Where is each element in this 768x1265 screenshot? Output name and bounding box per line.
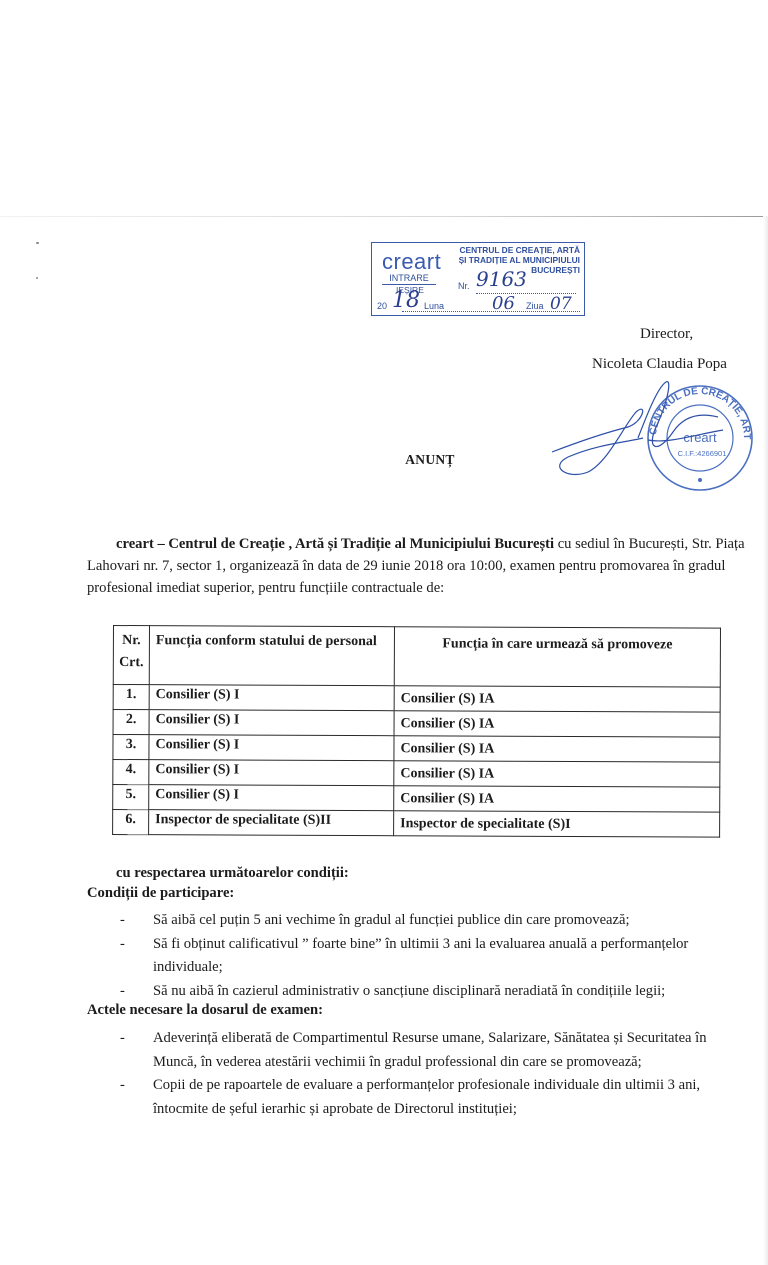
current-position: Consilier (S) I (149, 760, 394, 786)
target-position: Consilier (S) IA (394, 686, 720, 712)
current-position: Consilier (S) I (149, 685, 394, 711)
table-row: 2.Consilier (S) IConsilier (S) IA (113, 710, 720, 738)
target-position: Consilier (S) IA (394, 786, 720, 812)
stamp-year-prefix: 20 (377, 301, 387, 311)
stamp-logo: creart (382, 249, 441, 275)
participation-list: Să aibă cel puțin 5 ani vechime în gradu… (119, 909, 719, 1003)
organization-name: creart – Centrul de Creație , Artă și Tr… (116, 536, 554, 552)
list-item: Adeverință eliberată de Compartimentul R… (119, 1027, 719, 1074)
row-number: 2. (113, 710, 149, 735)
current-position: Inspector de specialitate (S)II (149, 810, 394, 836)
table-row: 3.Consilier (S) IConsilier (S) IA (113, 735, 720, 763)
stamp-day-label: Ziua (526, 301, 544, 311)
scan-speck (36, 277, 38, 279)
scan-speck (36, 242, 39, 244)
stamp-year-value: 18 (392, 288, 420, 313)
official-seal-icon: CENTRUL DE CREAȚIE, ARTĂ ȘI TRADIȚIE AL … (548, 372, 752, 490)
stamp-dotted-line (402, 311, 580, 312)
director-name: Nicoleta Claudia Popa (592, 356, 727, 373)
intro-paragraph: creart – Centrul de Creație , Artă și Tr… (87, 533, 767, 599)
target-position: Consilier (S) IA (394, 761, 720, 787)
header-current-position: Funcția conform statului de personal (149, 626, 394, 686)
table-header-row: Nr. Crt. Funcția conform statului de per… (113, 626, 720, 688)
scan-side-shadow (763, 216, 768, 1265)
director-role: Director, (640, 326, 693, 343)
registration-stamp: creart CENTRUL DE CREAȚIE, ARTĂ ȘI TRADI… (371, 242, 585, 316)
current-position: Consilier (S) I (149, 735, 394, 761)
table-row: 5.Consilier (S) IConsilier (S) IA (113, 785, 720, 813)
target-position: Consilier (S) IA (394, 736, 720, 762)
target-position: Inspector de specialitate (S)I (394, 811, 720, 837)
svg-text:CENTRUL DE CREAȚIE, ARTĂ ȘI TR: CENTRUL DE CREAȚIE, ARTĂ ȘI TRADIȚIE AL … (548, 372, 752, 440)
list-item: Să aibă cel puțin 5 ani vechime în gradu… (119, 909, 719, 933)
row-number: 6. (113, 810, 149, 835)
table-row: 6.Inspector de specialitate (S)IIInspect… (113, 810, 720, 838)
target-position: Consilier (S) IA (394, 711, 720, 737)
stamp-number-value: 9163 (476, 267, 527, 291)
stamp-number-label: Nr. (458, 281, 470, 291)
positions-table: Nr. Crt. Funcția conform statului de per… (112, 625, 721, 838)
documents-list: Adeverință eliberată de Compartimentul R… (119, 1027, 719, 1121)
signature-and-seal: CENTRUL DE CREAȚIE, ARTĂ ȘI TRADIȚIE AL … (548, 372, 758, 502)
document-title: ANUNȚ (0, 452, 768, 468)
scan-page-edge (0, 216, 768, 217)
documents-heading: Actele necesare la dosarul de examen: (87, 1002, 323, 1019)
current-position: Consilier (S) I (149, 785, 394, 811)
table-row: 4.Consilier (S) IConsilier (S) IA (113, 760, 720, 788)
list-item: Să nu aibă în cazierul administrativ o s… (119, 980, 719, 1004)
row-number: 4. (113, 760, 149, 785)
stamp-entry-label: INTRARE (382, 273, 436, 285)
stamp-month-label: Luna (424, 301, 444, 311)
header-target-position: Funcția în care urmează să promoveze (394, 627, 720, 687)
row-number: 5. (113, 785, 149, 810)
participation-heading: Condiții de participare: (87, 885, 234, 902)
list-item: Să fi obținut calificativul ” foarte bin… (119, 933, 719, 980)
table-row: 1.Consilier (S) IConsilier (S) IA (113, 685, 720, 713)
row-number: 3. (113, 735, 149, 760)
header-nr: Nr. Crt. (113, 626, 149, 685)
current-position: Consilier (S) I (149, 710, 394, 736)
list-item: Copii de pe rapoartele de evaluare a per… (119, 1074, 719, 1121)
row-number: 1. (113, 685, 149, 710)
conditions-intro: cu respectarea următoarelor condiții: (116, 862, 766, 884)
